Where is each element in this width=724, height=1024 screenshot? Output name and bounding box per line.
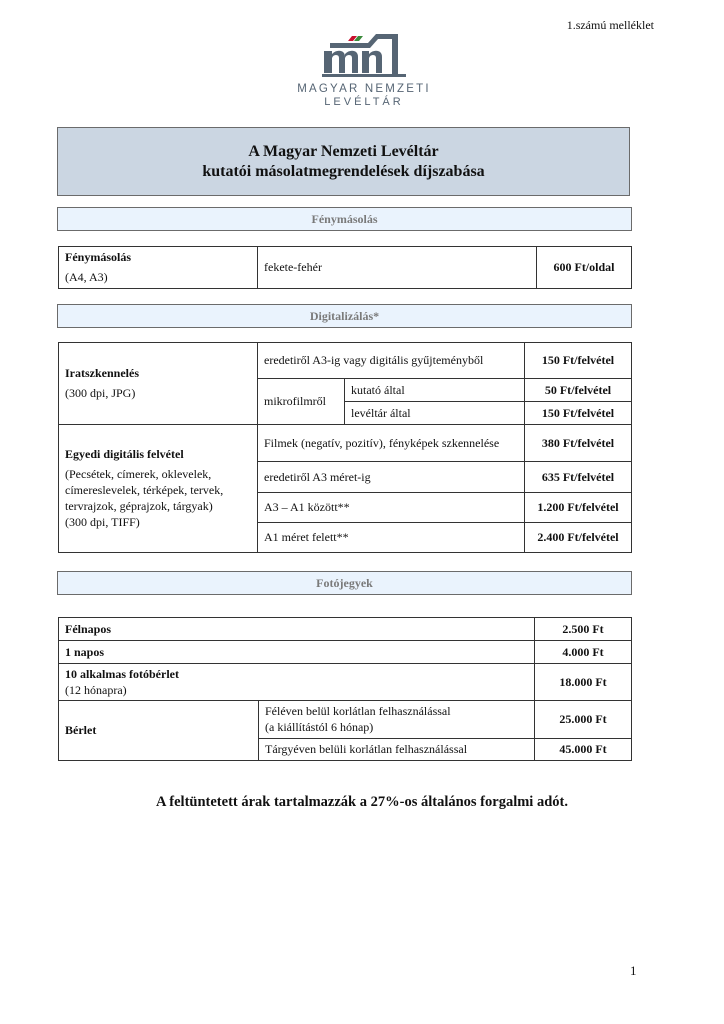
annex-label: 1.számú melléklet [567,18,654,33]
digitization-table: Iratszkennelés (300 dpi, JPG) eredetiről… [58,342,632,553]
ticket-price: 18.000 Ft [535,664,632,701]
table-row: Egyedi digitális felvétel (Pecsétek, cím… [59,425,632,462]
photocopy-name: Fénymásolás [65,250,131,264]
scanning-original-price: 150 Ft/felvétel [525,343,632,379]
photocopy-name-cell: Fénymásolás (A4, A3) [59,247,258,289]
page-number: 1 [630,963,637,979]
photo-tickets-table: Félnapos 2.500 Ft 1 napos 4.000 Ft 10 al… [58,617,632,761]
individual-option-label: eredetiről A3 méret-ig [258,462,525,493]
scanning-name-cell: Iratszkennelés (300 dpi, JPG) [59,343,258,425]
individual-detail: (Pecsétek, címerek, oklevelek, címeresle… [65,466,251,514]
ticket-name: Félnapos [59,618,535,641]
pass-name: Bérlet [59,701,259,761]
title-line-2: kutatói másolatmegrendelések díjszabása [202,162,484,182]
section-heading-digitization: Digitalizálás* [57,304,632,328]
logo-line-2: LEVÉLTÁR [296,96,432,108]
title-line-1: A Magyar Nemzeti Levéltár [248,142,438,162]
vat-note: A feltüntetett árak tartalmazzák a 27%-o… [0,794,724,811]
scanning-detail: (300 dpi, JPG) [65,385,251,401]
page-title: A Magyar Nemzeti Levéltár kutatói másola… [57,127,630,196]
individual-option-price: 380 Ft/felvétel [525,425,632,462]
pass-option-price: 25.000 Ft [535,701,632,739]
ticket-detail: (12 hónapra) [65,682,528,698]
table-row: Iratszkennelés (300 dpi, JPG) eredetiről… [59,343,632,379]
photocopy-table: Fénymásolás (A4, A3) fekete-fehér 600 Ft… [58,246,632,289]
scanning-name: Iratszkennelés [65,366,139,380]
individual-option-label: A1 méret felett** [258,523,525,553]
individual-option-price: 2.400 Ft/felvétel [525,523,632,553]
ticket-name-cell: 10 alkalmas fotóbérlet (12 hónapra) [59,664,535,701]
individual-option-price: 635 Ft/felvétel [525,462,632,493]
individual-option-label: Filmek (negatív, pozitív), fényképek szk… [258,425,525,462]
table-row: Félnapos 2.500 Ft [59,618,632,641]
individual-option-price: 1.200 Ft/felvétel [525,493,632,523]
section-heading-photo-tickets: Fotójegyek [57,571,632,595]
individual-name-cell: Egyedi digitális felvétel (Pecsétek, cím… [59,425,258,553]
ticket-name: 10 alkalmas fotóbérlet [65,667,179,681]
ticket-price: 4.000 Ft [535,641,632,664]
pass-option-detail: (a kiállítástól 6 hónap) [265,719,528,735]
table-row: 1 napos 4.000 Ft [59,641,632,664]
microfilm-option-label: kutató által [345,379,525,402]
individual-option-label: A3 – A1 között** [258,493,525,523]
mnl-logo: MAGYAR NEMZETI LEVÉLTÁR [296,30,432,108]
scanning-original-label: eredetiről A3-ig vagy digitális gyűjtemé… [258,343,525,379]
pass-option-price: 45.000 Ft [535,739,632,761]
microfilm-option-price: 50 Ft/felvétel [525,379,632,402]
mnl-logo-mark-icon [322,30,406,80]
microfilm-option-price: 150 Ft/felvétel [525,402,632,425]
section-heading-photocopy: Fénymásolás [57,207,632,231]
microfilm-label: mikrofilmről [258,379,345,425]
table-row: Bérlet Féléven belül korlátlan felhaszná… [59,701,632,739]
ticket-name: 1 napos [59,641,535,664]
photocopy-type: fekete-fehér [258,247,537,289]
table-row: Fénymásolás (A4, A3) fekete-fehér 600 Ft… [59,247,632,289]
photocopy-price: 600 Ft/oldal [537,247,632,289]
pass-option-label: Féléven belül korlátlan felhasználással [265,704,451,718]
ticket-price: 2.500 Ft [535,618,632,641]
individual-name: Egyedi digitális felvétel [65,447,184,461]
photocopy-detail: (A4, A3) [65,269,251,285]
logo-line-1: MAGYAR NEMZETI [296,83,432,95]
table-row: 10 alkalmas fotóbérlet (12 hónapra) 18.0… [59,664,632,701]
microfilm-option-label: levéltár által [345,402,525,425]
individual-detail-2: (300 dpi, TIFF) [65,514,251,530]
pass-option-label: Tárgyéven belüli korlátlan felhasználáss… [259,739,535,761]
pass-option-cell: Féléven belül korlátlan felhasználással … [259,701,535,739]
